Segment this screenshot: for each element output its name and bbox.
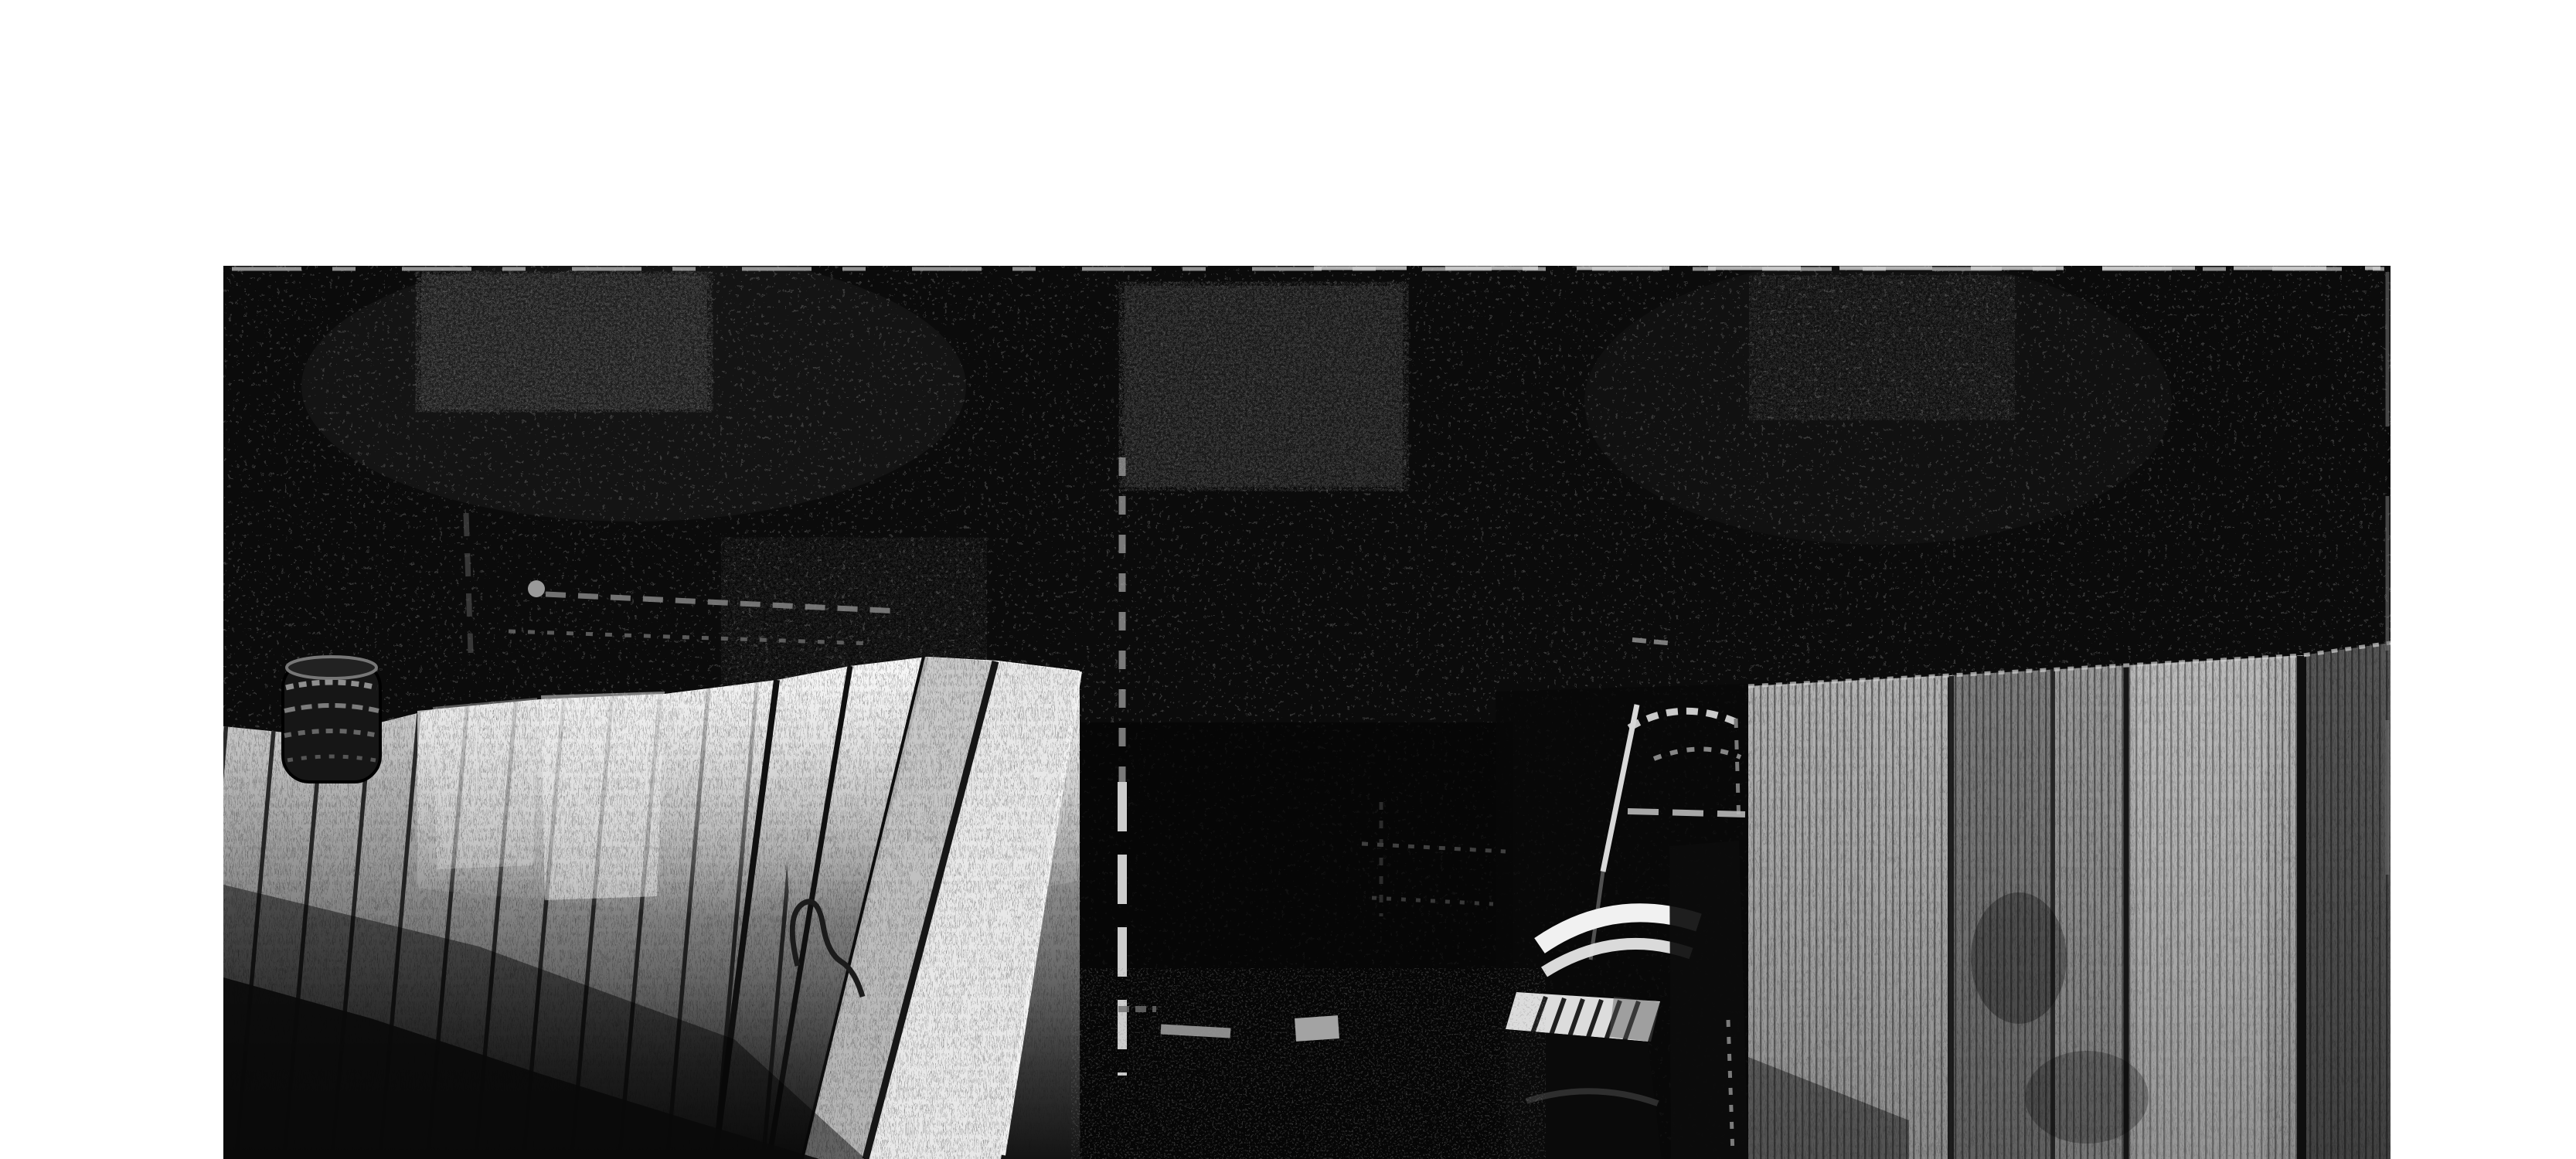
right-barrel-silhouette [1669, 841, 1748, 1159]
keg-rim [287, 657, 376, 678]
halftone-photo: Backyard with board fences and barrels C… [0, 0, 2576, 1159]
gravel-speckle [1080, 972, 1536, 1159]
dark-end-panel [2306, 641, 2391, 1159]
barrel-slat-highlight [1628, 811, 1745, 814]
canopy-patch-center [1125, 286, 1403, 487]
right-plank-fence [1748, 641, 2391, 1159]
fence-stain [2025, 1051, 2149, 1144]
fence-stain [1971, 892, 2067, 1024]
storage-keg [283, 657, 380, 782]
canopy-patch-upper-right [1754, 278, 2009, 417]
page-background: Backyard with board fences and barrels C… [0, 0, 2576, 1159]
pale-stone [1295, 1015, 1339, 1042]
rail-knob [528, 580, 545, 597]
canopy-patch-upper-left [421, 274, 707, 410]
pale-stone [1161, 1029, 1230, 1033]
bright-panel [2135, 653, 2266, 1159]
ground-highlights [1080, 972, 1536, 1159]
